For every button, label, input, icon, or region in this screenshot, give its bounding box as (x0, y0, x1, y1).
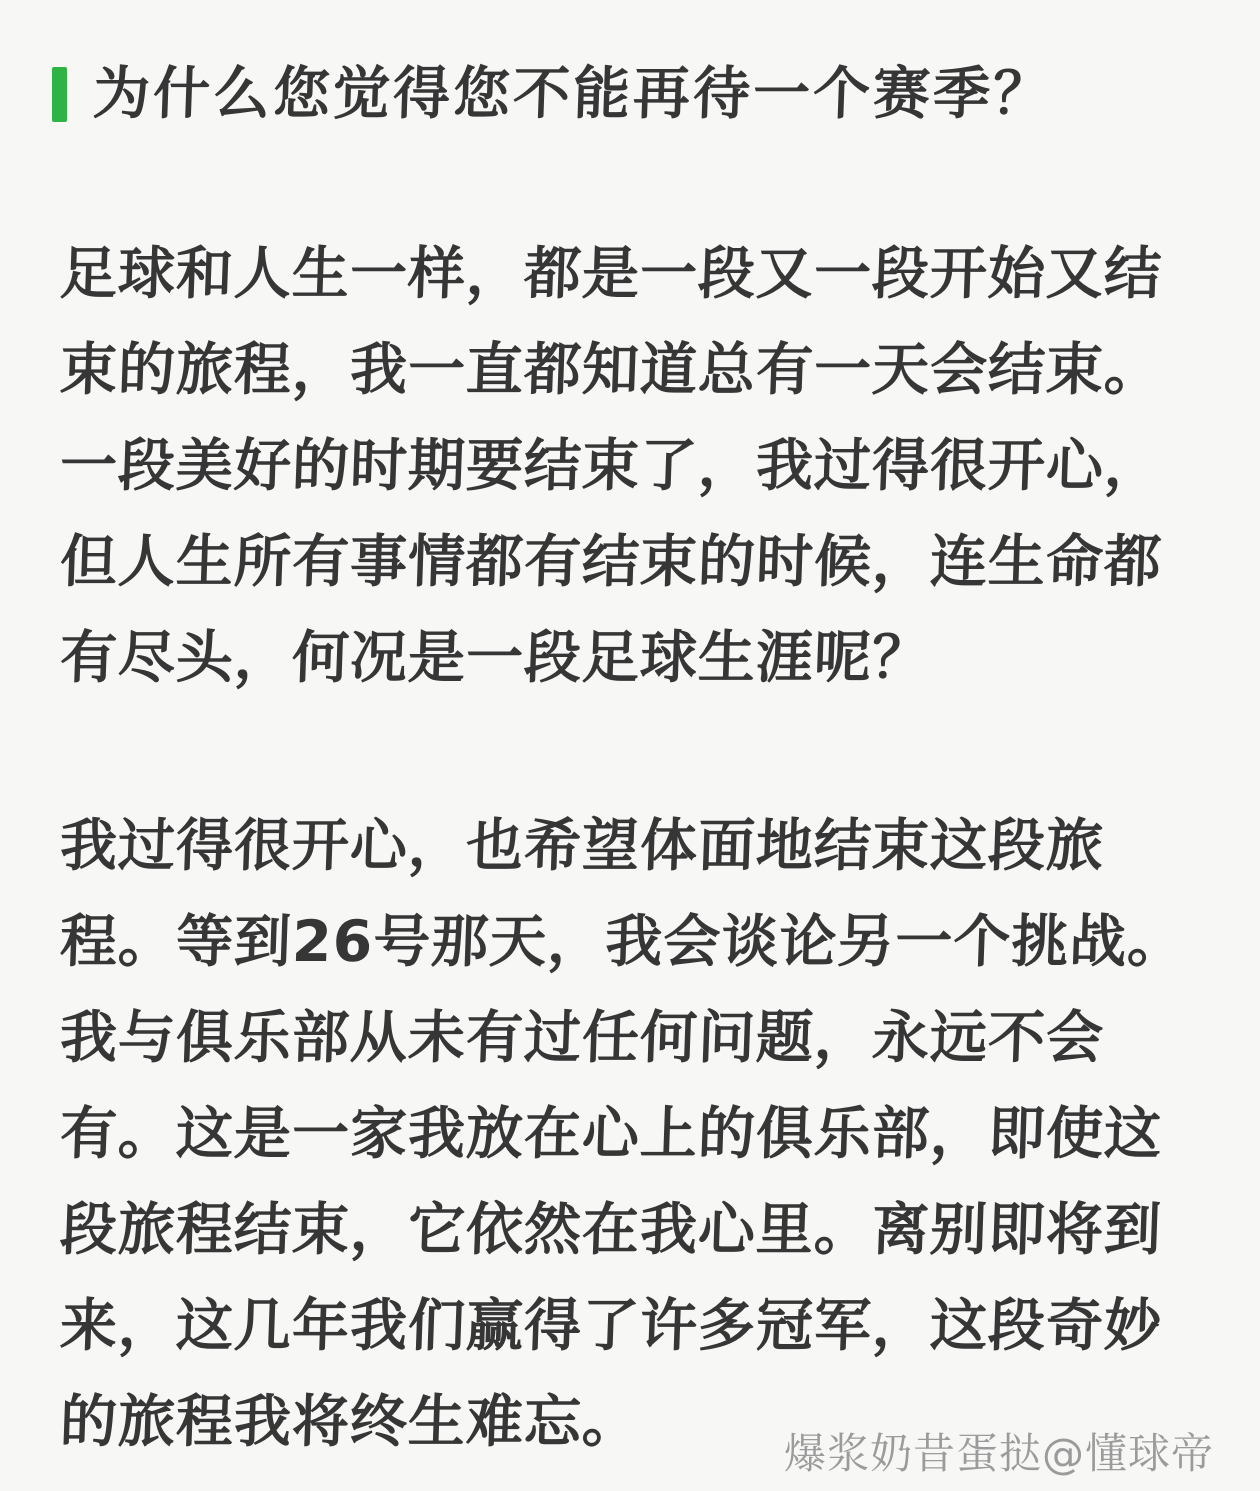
text-line: 一段美好的时期要结束了，我过得很开心， (58, 418, 1205, 514)
text-line: 有。这是一家我放在心上的俱乐部，即使这 (58, 1086, 1205, 1182)
article-page: 为什么您觉得您不能再待一个赛季？ 足球和人生一样，都是一段又一段开始又结束的旅程… (0, 0, 1260, 1491)
text-line: 束的旅程，我一直都知道总有一天会结束。 (58, 322, 1205, 418)
text-line: 我过得很开心，也希望体面地结束这段旅 (58, 798, 1205, 894)
watermark-text: 爆浆奶昔蛋挞@懂球帝 (784, 1421, 1214, 1481)
text-line: 我与俱乐部从未有过任何问题，永远不会 (58, 990, 1205, 1086)
heading-text: 为什么您觉得您不能再待一个赛季？ (92, 58, 1055, 130)
article-body: 足球和人生一样，都是一段又一段开始又结束的旅程，我一直都知道总有一天会结束。一段… (0, 226, 1260, 1470)
text-line: 足球和人生一样，都是一段又一段开始又结 (58, 226, 1205, 322)
text-line: 但人生所有事情都有结束的时候，连生命都 (58, 514, 1205, 610)
heading-accent-bar (52, 67, 67, 122)
text-line: 有尽头，何况是一段足球生涯呢？ (58, 610, 1205, 706)
text-line: 来，这几年我们赢得了许多冠军，这段奇妙 (58, 1278, 1205, 1374)
text-line: 段旅程结束，它依然在我心里。离别即将到 (58, 1182, 1205, 1278)
text-line: 程。等到26号那天，我会谈论另一个挑战。 (58, 894, 1205, 990)
paragraph: 足球和人生一样，都是一段又一段开始又结束的旅程，我一直都知道总有一天会结束。一段… (60, 226, 1204, 706)
section-heading: 为什么您觉得您不能再待一个赛季？ (0, 0, 1260, 130)
paragraph: 我过得很开心，也希望体面地结束这段旅程。等到26号那天，我会谈论另一个挑战。我与… (60, 798, 1204, 1470)
